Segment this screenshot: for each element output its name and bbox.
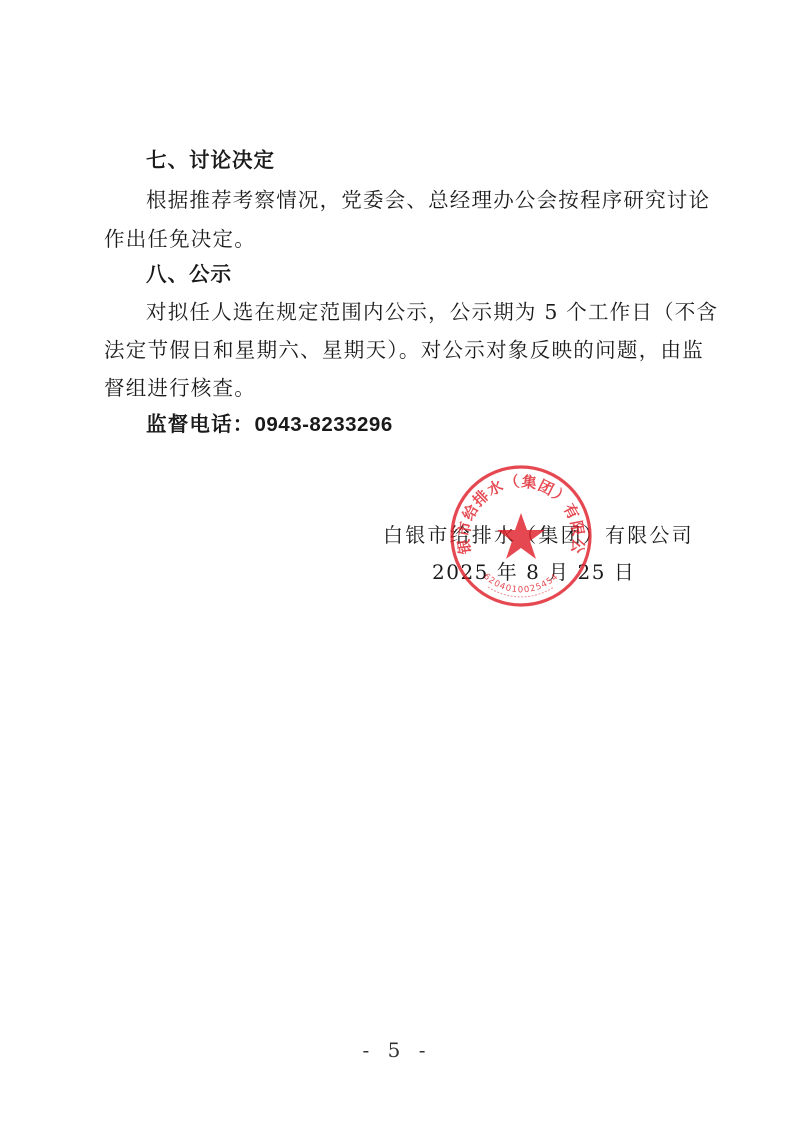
paragraph-line: 对拟任人选在规定范围内公示，公示期为 5 个工作日（不含 <box>146 298 704 326</box>
paragraph-line: 法定节假日和星期六、星期天）。对公示对象反映的问题，由监 <box>104 336 704 364</box>
paragraph-line: 作出任免决定。 <box>104 225 256 253</box>
supervision-phone: 监督电话：0943-8233296 <box>146 410 393 439</box>
supervision-phone-number: 0943-8233296 <box>255 413 393 436</box>
signature-date: 2025 年 8 月 25 日 <box>432 558 635 586</box>
supervision-phone-label: 监督电话： <box>146 412 255 436</box>
document-page: 七、讨论决定 根据推荐考察情况，党委会、总经理办公会按程序研究讨论 作出任免决定… <box>0 0 794 1122</box>
signature-organization: 白银市给排水（集团）有限公司 <box>383 521 694 549</box>
section-heading-discussion-decision: 七、讨论决定 <box>146 146 275 174</box>
paragraph-line: 根据推荐考察情况，党委会、总经理办公会按程序研究讨论 <box>146 186 704 214</box>
section-heading-publicity: 八、公示 <box>146 260 232 288</box>
paragraph-line: 督组进行核查。 <box>104 374 256 402</box>
page-number: - 5 - <box>0 1038 794 1062</box>
